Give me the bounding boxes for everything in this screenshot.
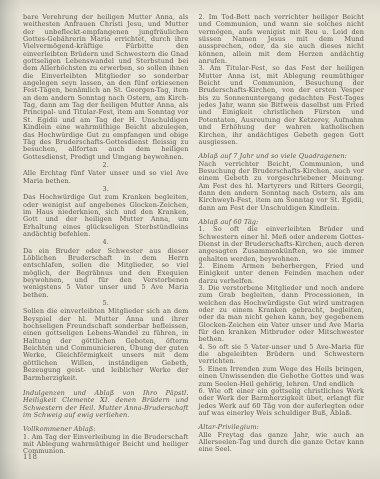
text-column-left: bare Verehrung der heiligen Mutter Anna,… bbox=[23, 14, 189, 456]
paragraph: 6. Wie oft einer ein gottselig christlic… bbox=[199, 388, 365, 417]
scanned-book-page: bare Verehrung der heiligen Mutter Anna,… bbox=[0, 0, 380, 479]
paragraph: 3. Am Titular-Fest, so das Fest der heil… bbox=[199, 65, 365, 146]
paragraph: Sollen die einverleibten Mitglieder sich… bbox=[23, 308, 189, 381]
paragraph: 4. So oft sie 5 Vater-unser und 5 Ave-Ma… bbox=[199, 344, 365, 366]
text-column-right: 2. Im Tod-Bett nach verrichter heiliger … bbox=[199, 14, 365, 456]
paragraph: Da ein Bruder oder Schwester aus dieser … bbox=[23, 248, 189, 299]
two-column-text-area: bare Verehrung der heiligen Mutter Anna,… bbox=[23, 14, 364, 456]
paragraph: Indulgenzen und Ablaß von Ihro Päpstl. H… bbox=[23, 390, 189, 419]
paragraph: 2. Im Tod-Bett nach verrichter heiliger … bbox=[199, 14, 365, 65]
paragraph: bare Verehrung der heiligen Mutter Anna,… bbox=[23, 14, 189, 161]
paragraph: Das Hochwürdige Gut zum Kranken begleite… bbox=[23, 194, 189, 238]
section-number: 4. bbox=[23, 239, 189, 246]
paragraph: Alle Erchtag fünf Vater unser und so vie… bbox=[23, 170, 189, 185]
paragraph: 1. Am Tag der Einverleibung in die Brude… bbox=[23, 434, 189, 456]
paragraph: 1. So oft die einverleibten Brüder und S… bbox=[199, 226, 365, 263]
paragraph: Nach verrichter Beicht, Communion, und B… bbox=[199, 161, 365, 212]
paragraph: 5. Einen Irrenden zum Wege des Heils bri… bbox=[199, 366, 365, 388]
paragraph: 2. Einem Armen beherbergen, Fried und Ei… bbox=[199, 263, 365, 285]
paragraph: Alle Freytag das ganze Jahr, wie auch an… bbox=[199, 432, 365, 454]
section-number: 5. bbox=[23, 300, 189, 307]
page-number: 118 bbox=[23, 453, 37, 461]
section-number: 3. bbox=[23, 186, 189, 193]
paragraph: 3. Die verstorbene Mitglieder und noch a… bbox=[199, 285, 365, 344]
section-number: 2. bbox=[23, 162, 189, 169]
